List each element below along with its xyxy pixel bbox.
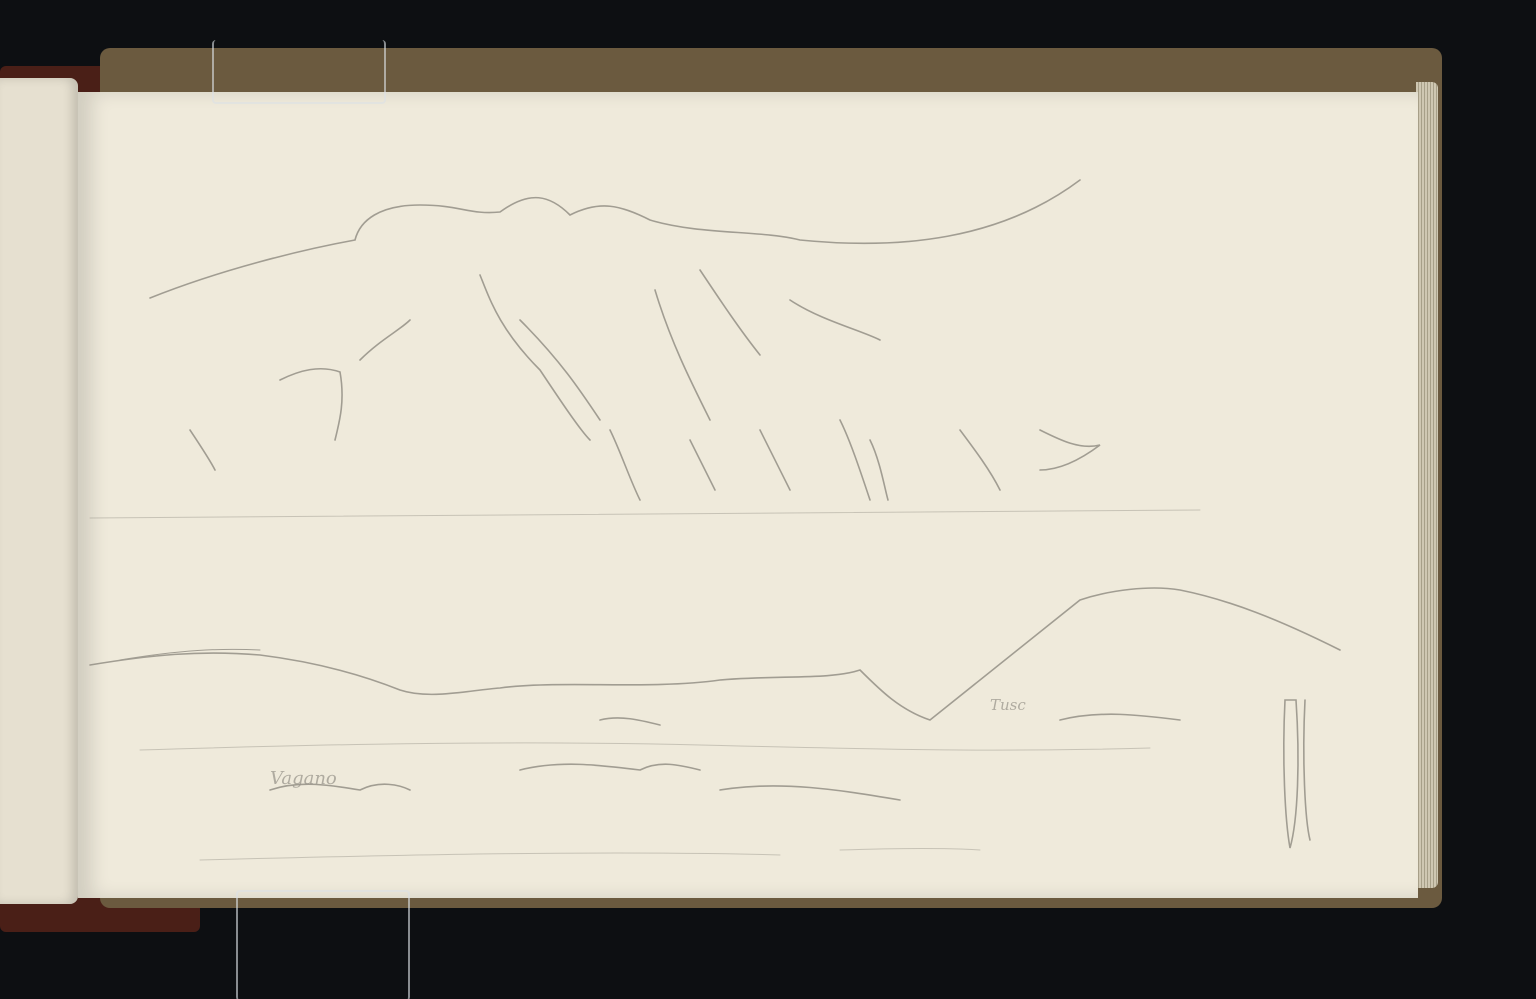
annotation-vagano: Vagano: [270, 768, 337, 789]
page-holder-clip-top: [212, 40, 386, 104]
pencil-sketch: [0, 0, 1536, 999]
page-holder-clip-bottom: [236, 890, 410, 999]
annotation-tusc: Tusc: [990, 696, 1026, 714]
